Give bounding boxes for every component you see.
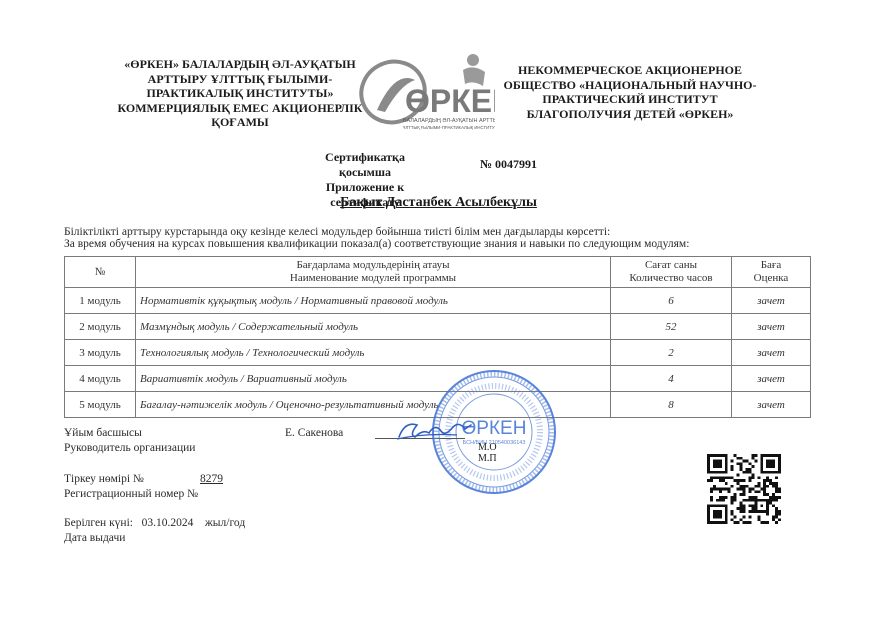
- reg-label-kz: Тіркеу нөмірі №: [64, 472, 198, 487]
- org-name-ru-line: ПРАКТИЧЕСКИЙ ИНСТИТУТ: [500, 92, 760, 107]
- module-grade: зачет: [732, 392, 811, 418]
- module-name: Мазмұндық модуль / Содержательный модуль: [136, 314, 611, 340]
- org-name-ru-line: ОБЩЕСТВО «НАЦИОНАЛЬНЫЙ НАУЧНО-: [500, 78, 760, 93]
- module-hours: 4: [611, 366, 732, 392]
- module-number: 2 модуль: [65, 314, 136, 340]
- table-row: 3 модуль Технологиялық модуль / Технолог…: [65, 340, 811, 366]
- module-hours: 52: [611, 314, 732, 340]
- seal-place-label: М.О М.П: [478, 442, 497, 464]
- header-hours-ru: Количество часов: [615, 272, 727, 285]
- module-grade: зачет: [732, 366, 811, 392]
- date-value: 03.10.2024: [142, 517, 194, 529]
- registration-number-label: Тіркеу нөмірі № Регистрационный номер №: [64, 472, 198, 502]
- header-grade: Баға Оценка: [732, 257, 811, 288]
- date-label-kz: Берілген күні:: [64, 517, 133, 529]
- module-hours: 2: [611, 340, 732, 366]
- module-number: 5 модуль: [65, 392, 136, 418]
- intro-text-kz: Біліктілікті арттыру курстарында оқу кез…: [64, 226, 610, 238]
- certificate-number: № 0047991: [480, 157, 537, 172]
- module-grade: зачет: [732, 288, 811, 314]
- date-label-ru: Дата выдачи: [64, 531, 245, 546]
- svg-text:БАЛАЛАРДЫҢ ӘЛ-АУҚАТЫН АРТТЫРУ: БАЛАЛАРДЫҢ ӘЛ-АУҚАТЫН АРТТЫРУ: [403, 118, 495, 124]
- table-header-row: № Бағдарлама модульдерінің атауы Наимено…: [65, 257, 811, 288]
- head-of-organization-name: Е. Сакенова: [285, 426, 343, 441]
- signature-icon: [395, 415, 475, 445]
- recipient-name: Бақыт Дастанбек Асылбекұлы: [0, 195, 877, 211]
- org-name-kz: «ӨРКЕН» БАЛАЛАРДЫҢ ӘЛ-АУҚАТЫН АРТТЫРУ ҰЛ…: [105, 57, 375, 130]
- header-grade-ru: Оценка: [736, 272, 806, 285]
- org-name-kz-line: ПРАКТИКАЛЫҚ ИНСТИТУТЫ»: [105, 86, 375, 101]
- header-hours-kz: Сағат саны: [615, 259, 727, 272]
- head-label-ru: Руководитель организации: [64, 441, 195, 456]
- header-module-name: Бағдарлама модульдерінің атауы Наименова…: [136, 257, 611, 288]
- signature: [395, 415, 475, 445]
- header-module-name-kz: Бағдарлама модульдерінің атауы: [140, 259, 606, 272]
- module-hours: 8: [611, 392, 732, 418]
- org-name-ru-line: БЛАГОПОЛУЧИЯ ДЕТЕЙ «ӨРКЕН»: [500, 107, 760, 122]
- module-hours: 6: [611, 288, 732, 314]
- orken-logo-icon: ӨРКЕН БАЛАЛАРДЫҢ ӘЛ-АУҚАТЫН АРТТЫРУ ҰЛТТ…: [355, 50, 495, 135]
- module-number: 3 модуль: [65, 340, 136, 366]
- header-num: №: [65, 257, 136, 288]
- org-name-kz-line: КОММЕРЦИЯЛЫҚ ЕМЕС АКЦИОНЕРЛІК: [105, 101, 375, 116]
- module-number: 4 модуль: [65, 366, 136, 392]
- orken-logo: ӨРКЕН БАЛАЛАРДЫҢ ӘЛ-АУҚАТЫН АРТТЫРУ ҰЛТТ…: [355, 50, 495, 135]
- registration-number: 8279: [200, 472, 223, 487]
- header-grade-kz: Баға: [736, 259, 806, 272]
- org-name-ru-line: НЕКОММЕРЧЕСКОЕ АКЦИОНЕРНОЕ: [500, 63, 760, 78]
- module-name: Технологиялық модуль / Технологический м…: [136, 340, 611, 366]
- table-row: 2 модуль Мазмұндық модуль / Содержательн…: [65, 314, 811, 340]
- reg-label-ru: Регистрационный номер №: [64, 487, 198, 502]
- header-module-name-ru: Наименование модулей программы: [140, 272, 606, 285]
- head-label-kz: Ұйым басшысы: [64, 426, 195, 441]
- seal-label-kz: М.О: [478, 442, 497, 453]
- org-name-ru: НЕКОММЕРЧЕСКОЕ АКЦИОНЕРНОЕ ОБЩЕСТВО «НАЦ…: [500, 63, 760, 121]
- header-hours: Сағат саны Количество часов: [611, 257, 732, 288]
- org-name-kz-line: «ӨРКЕН» БАЛАЛАРДЫҢ ӘЛ-АУҚАТЫН: [105, 57, 375, 72]
- svg-text:ӨРКЕН: ӨРКЕН: [405, 83, 495, 119]
- qr-code: [707, 454, 781, 524]
- module-number: 1 модуль: [65, 288, 136, 314]
- module-grade: зачет: [732, 340, 811, 366]
- seal-label-ru: М.П: [478, 453, 497, 464]
- org-name-kz-line: АРТТЫРУ ҰЛТТЫҚ ҒЫЛЫМИ-: [105, 72, 375, 87]
- module-name: Нормативтік құқықтық модуль / Нормативны…: [136, 288, 611, 314]
- intro-text-ru: За время обучения на курсах повышения кв…: [64, 238, 689, 250]
- date-unit: жыл/год: [205, 517, 245, 529]
- head-of-organization-label: Ұйым басшысы Руководитель организации: [64, 426, 195, 456]
- issue-date-line: Берілген күні: 03.10.2024 жыл/год: [64, 516, 245, 531]
- subtitle-kz: Сертификатқа қосымша: [300, 150, 430, 180]
- table-row: 1 модуль Нормативтік құқықтық модуль / Н…: [65, 288, 811, 314]
- svg-text:ҰЛТТЫҚ ҒЫЛЫМИ-ПРАКТИКАЛЫҚ ИНСТ: ҰЛТТЫҚ ҒЫЛЫМИ-ПРАКТИКАЛЫҚ ИНСТИТУТЫ: [403, 125, 495, 130]
- org-name-kz-line: ҚОҒАМЫ: [105, 115, 375, 130]
- qr-code-icon: [707, 454, 781, 524]
- module-grade: зачет: [732, 314, 811, 340]
- issue-date: Берілген күні: 03.10.2024 жыл/год Дата в…: [64, 516, 245, 546]
